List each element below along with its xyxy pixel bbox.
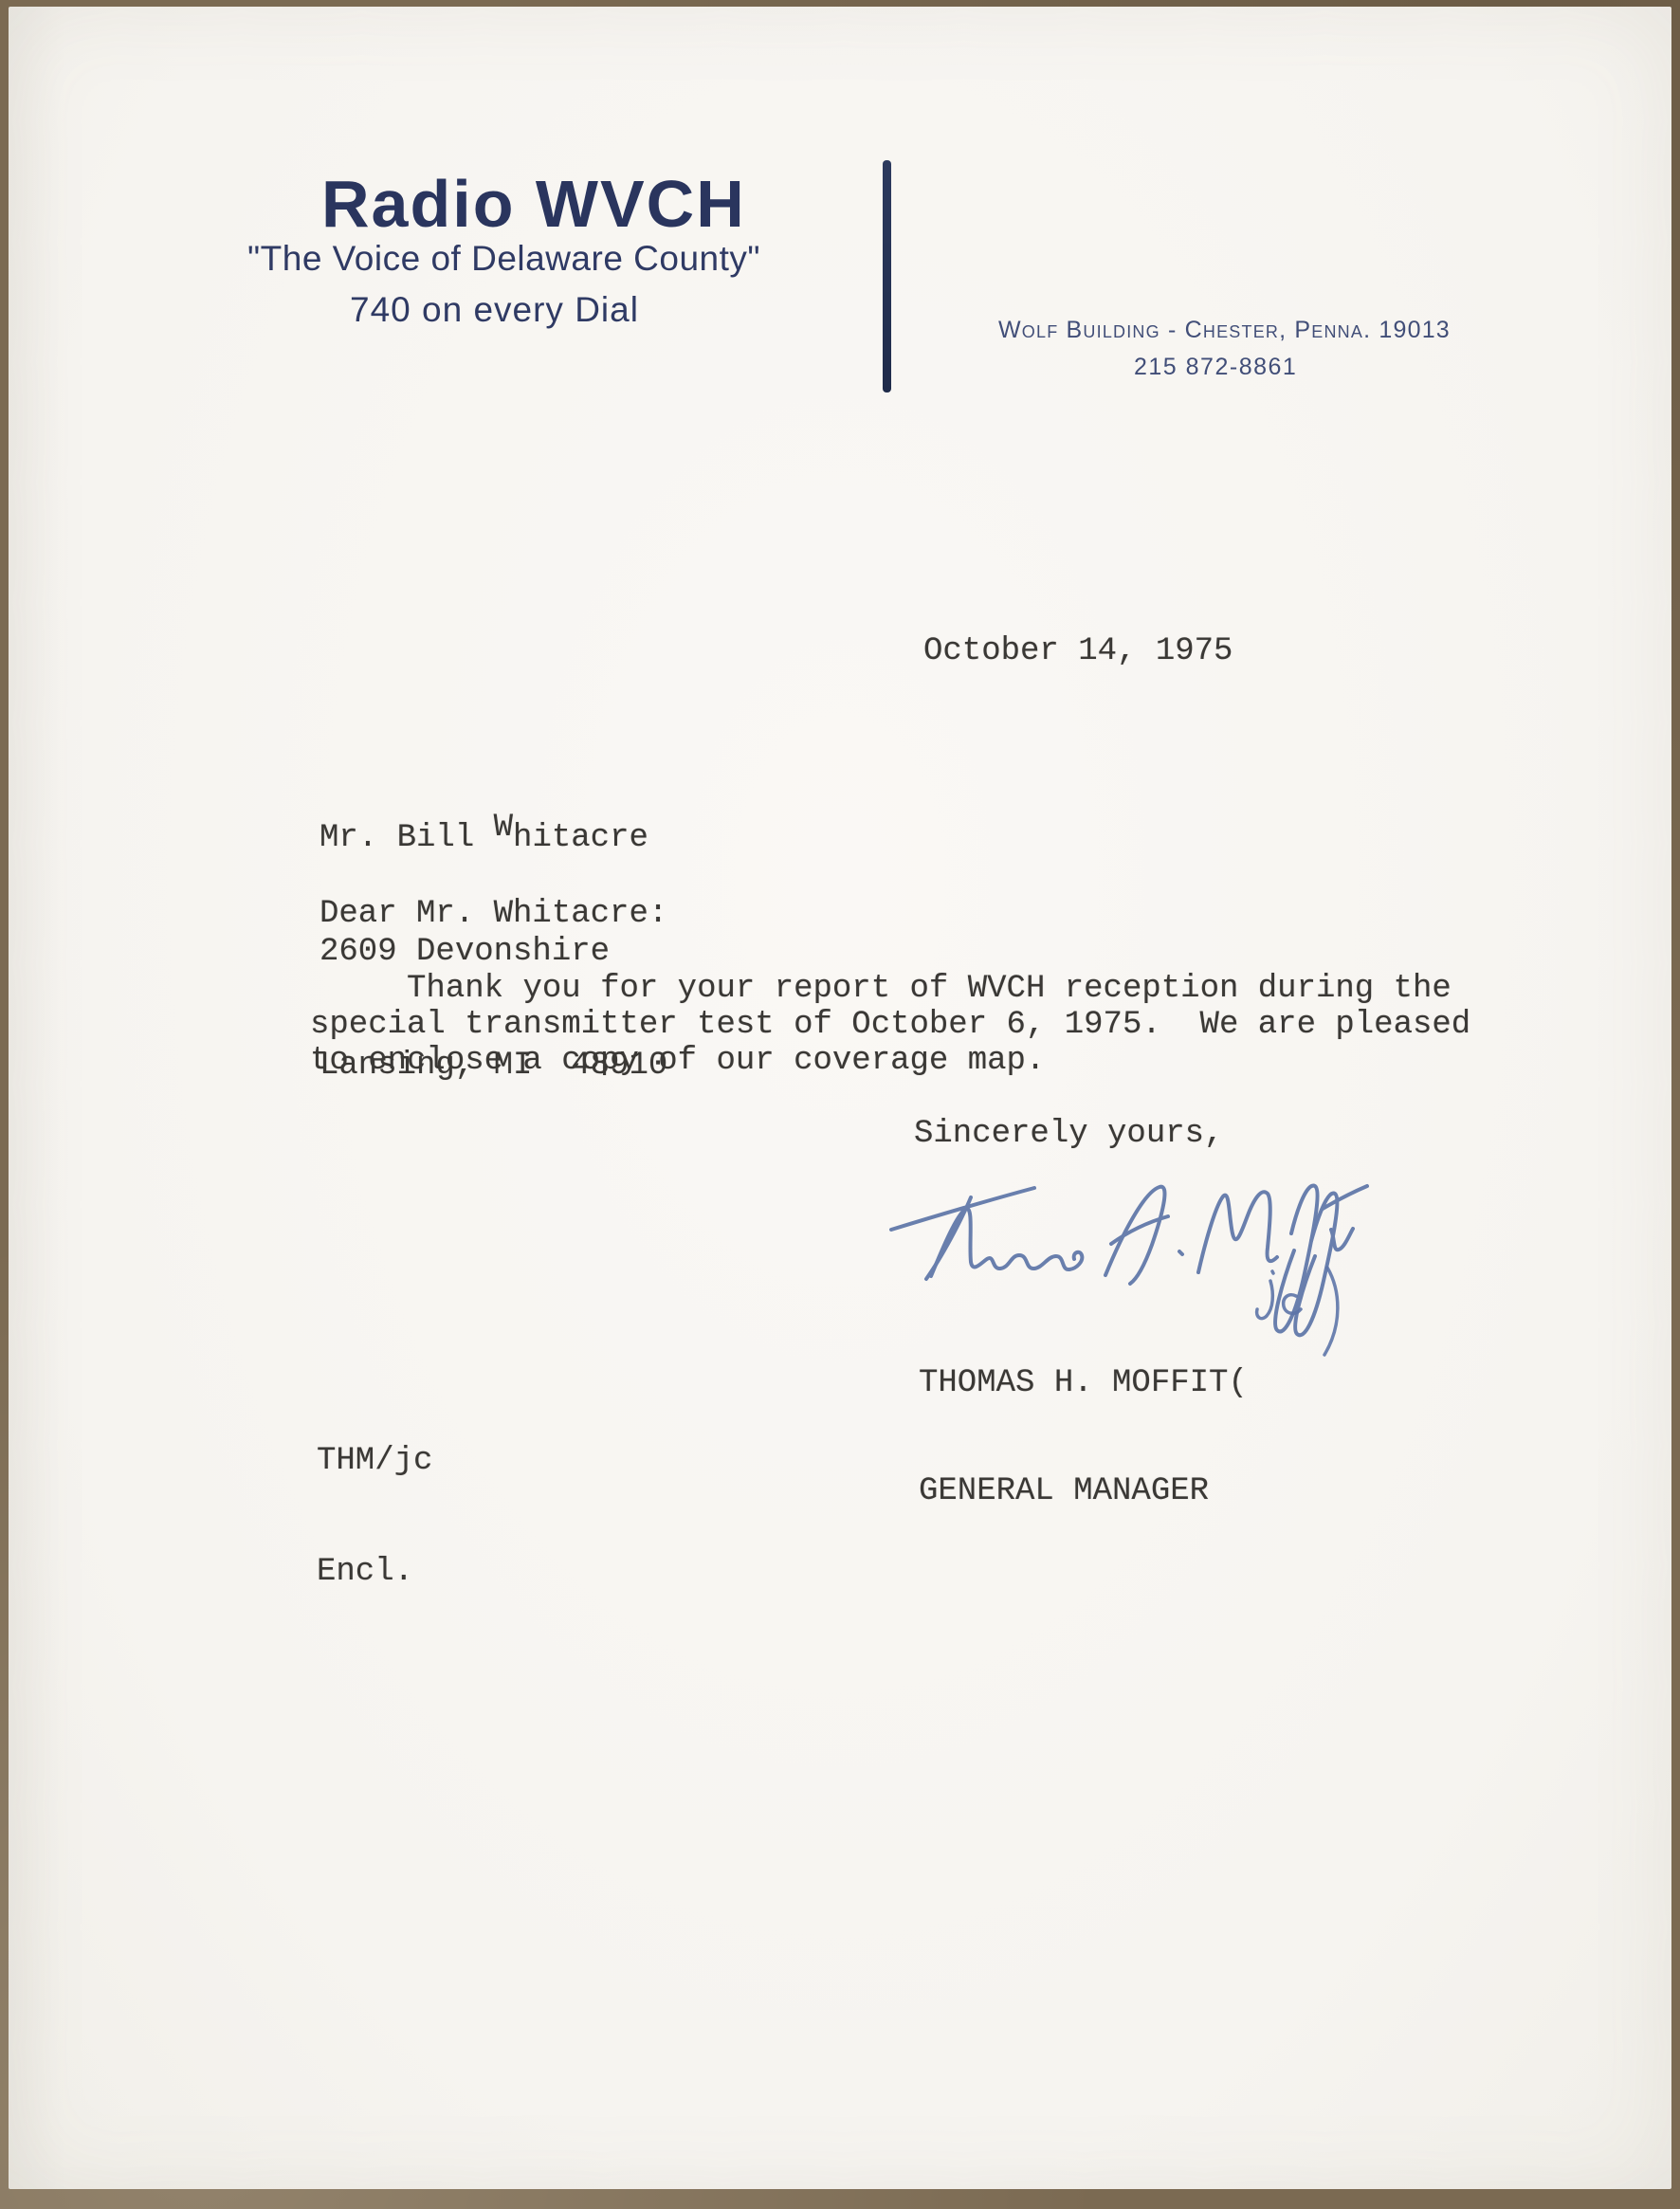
station-name: Radio WVCH bbox=[321, 166, 746, 242]
scan-background: { "colors": { "scan_border": "#7b6a52", … bbox=[0, 0, 1680, 2209]
salutation: Dear Mr. Whitacre: bbox=[320, 895, 667, 933]
letterhead-divider bbox=[883, 160, 891, 393]
letter-date: October 14, 1975 bbox=[923, 632, 1233, 670]
recipient-name: Mr. Bill Whitacre bbox=[320, 819, 667, 857]
recipient-address: Mr. Bill Whitacre 2609 Devonshire Lansin… bbox=[320, 743, 667, 1160]
letter-body: Thank you for your report of WVCH recept… bbox=[310, 971, 1561, 1079]
typist-reference: THM/jc bbox=[317, 1443, 432, 1480]
reference-block: THM/jc Encl. bbox=[317, 1369, 432, 1665]
recipient-street: 2609 Devonshire bbox=[320, 933, 667, 971]
recipient-name-pre: Mr. Bill bbox=[320, 820, 494, 856]
station-frequency: 740 on every Dial bbox=[350, 290, 639, 330]
closing-phrase: Sincerely yours, bbox=[914, 1115, 1223, 1153]
letter-page: Radio WVCH "The Voice of Delaware County… bbox=[9, 7, 1671, 2189]
raised-letter: W bbox=[494, 810, 513, 846]
signer-title: GENERAL MANAGER bbox=[919, 1473, 1248, 1509]
station-address: Wolf Building - Chester, Penna. 19013 bbox=[998, 317, 1451, 344]
recipient-name-post: hitacre bbox=[513, 820, 648, 856]
signer-name: THOMAS H. MOFFIT( bbox=[919, 1365, 1248, 1401]
enclosure-note: Encl. bbox=[317, 1554, 432, 1591]
station-tagline: "The Voice of Delaware County" bbox=[247, 239, 760, 279]
signature-block: THOMAS H. MOFFIT( GENERAL MANAGER bbox=[919, 1293, 1248, 1581]
station-phone: 215 872-8861 bbox=[1134, 354, 1297, 381]
